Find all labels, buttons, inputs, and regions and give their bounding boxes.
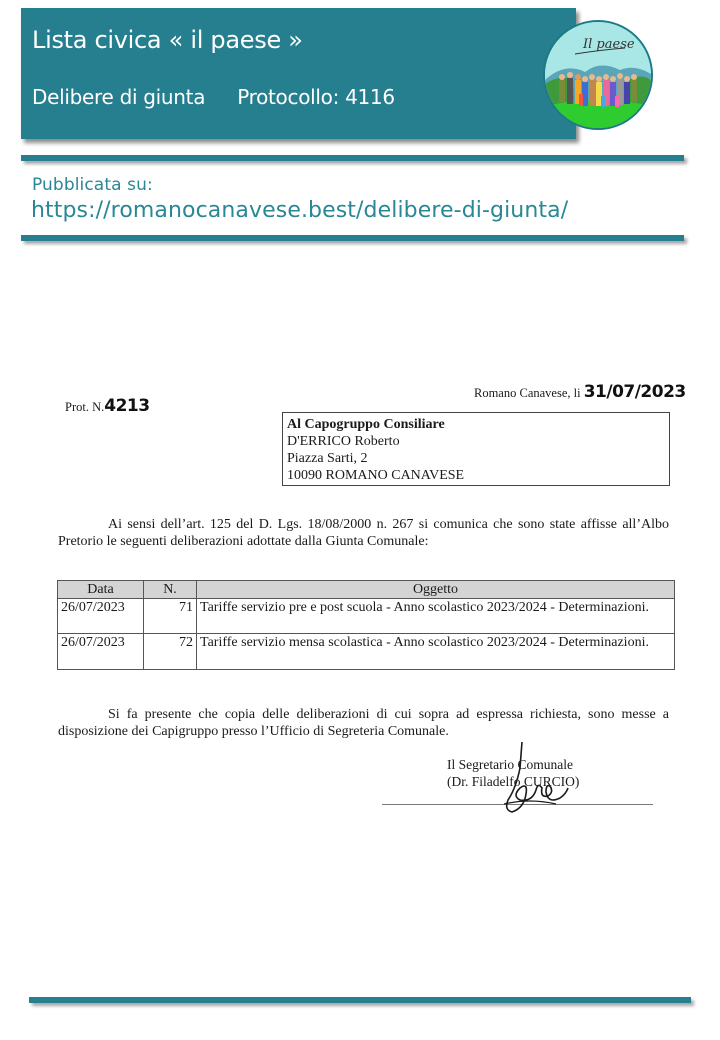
recipient-address-box: Al Capogruppo Consiliare D'ERRICO Robert…	[282, 412, 670, 486]
cell-number: 71	[144, 599, 197, 634]
recipient-city: 10090 ROMANO CANAVESE	[287, 467, 665, 484]
cell-subject: Tariffe servizio mensa scolastica - Anno…	[197, 634, 675, 670]
scanned-letter: Prot. N.4213 Romano Canavese, li 31/07/2…	[0, 0, 720, 1040]
table-row: 26/07/2023 72 Tariffe servizio mensa sco…	[58, 634, 675, 670]
place-label: Romano Canavese, li	[474, 386, 581, 400]
handwritten-signature-icon	[490, 738, 570, 818]
divider-bottom	[29, 997, 691, 1003]
cell-date: 26/07/2023	[58, 634, 144, 670]
recipient-title: Al Capogruppo Consiliare	[287, 416, 665, 433]
recipient-address: Piazza Sarti, 2	[287, 450, 665, 467]
protocol-handwritten-number: 4213	[104, 396, 149, 416]
cell-number: 72	[144, 634, 197, 670]
closing-paragraph: Si fa presente che copia delle deliberaz…	[58, 706, 669, 740]
closing-text: Si fa presente che copia delle deliberaz…	[58, 707, 669, 739]
protocol-label: Prot. N.	[65, 400, 104, 414]
place-date: Romano Canavese, li 31/07/2023	[474, 382, 686, 402]
intro-text: Ai sensi dell’art. 125 del D. Lgs. 18/08…	[58, 517, 669, 549]
column-header-n: N.	[144, 581, 197, 599]
column-header-oggetto: Oggetto	[197, 581, 675, 599]
column-header-data: Data	[58, 581, 144, 599]
cell-subject: Tariffe servizio pre e post scuola - Ann…	[197, 599, 675, 634]
handwritten-date: 31/07/2023	[584, 382, 686, 402]
protocol-number: Prot. N.4213	[65, 396, 150, 416]
intro-paragraph: Ai sensi dell’art. 125 del D. Lgs. 18/08…	[58, 516, 669, 550]
recipient-name: D'ERRICO Roberto	[287, 433, 665, 450]
cell-date: 26/07/2023	[58, 599, 144, 634]
deliberations-table: Data N. Oggetto 26/07/2023 71 Tariffe se…	[57, 580, 675, 670]
table-row: 26/07/2023 71 Tariffe servizio pre e pos…	[58, 599, 675, 634]
table-header-row: Data N. Oggetto	[58, 581, 675, 599]
